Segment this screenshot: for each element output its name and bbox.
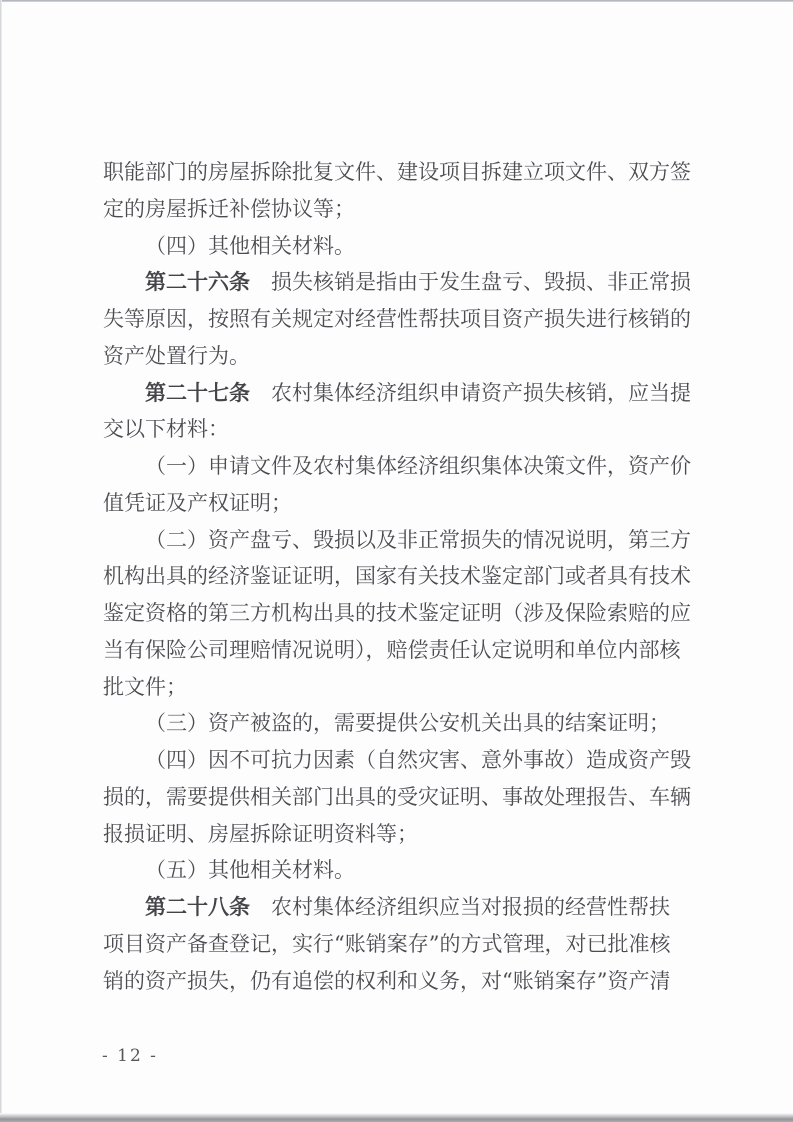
text-line-20: （五）其他相关材料。 <box>103 852 694 889</box>
scanned-document-page: 职能部门的房屋拆除批复文件、建设项目拆建立项文件、双方签定的房屋拆迁补偿协议等；… <box>0 0 793 1122</box>
text-segment: （四）因不可抗力因素（自然灾害、意外事故）造成资产毁 <box>145 748 691 772</box>
text-segment: （一）申请文件及农村集体经济组织集体决策文件，资产价 <box>145 454 691 478</box>
text-line-12: 机构出具的经济鉴证证明，国家有关技术鉴定部门或者具有技术 <box>103 558 694 595</box>
text-segment: 值凭证及产权证明； <box>103 491 292 515</box>
text-line-3: （四）其他相关材料。 <box>103 228 694 265</box>
page-number: - 12 - <box>102 1046 158 1066</box>
text-line-11: （二）资产盘亏、毁损以及非正常损失的情况说明，第三方 <box>103 522 694 559</box>
text-line-10: 值凭证及产权证明； <box>103 485 694 522</box>
text-segment: 批文件； <box>103 675 187 699</box>
text-line-18: 损的，需要提供相关部门出具的受灾证明、事故处理报告、车辆 <box>103 779 694 816</box>
text-line-14: 当有保险公司理赔情况说明），赔偿责任认定说明和单位内部核 <box>103 632 694 669</box>
text-line-1: 职能部门的房屋拆除批复文件、建设项目拆建立项文件、双方签 <box>103 154 694 191</box>
text-line-19: 报损证明、房屋拆除证明资料等； <box>103 816 694 853</box>
document-body-text: 职能部门的房屋拆除批复文件、建设项目拆建立项文件、双方签定的房屋拆迁补偿协议等；… <box>103 154 694 999</box>
article-heading: 第二十八条 <box>145 895 250 919</box>
text-segment: 销的资产损失，仍有追偿的权利和义务，对“账销案存”资产清 <box>103 969 670 993</box>
text-segment: 定的房屋拆迁补偿协议等； <box>103 197 355 221</box>
text-line-22: 项目资产备查登记，实行“账销案存”的方式管理，对已批准核 <box>103 926 694 963</box>
text-segment: 资产处置行为。 <box>103 344 250 368</box>
article-heading: 第二十六条 <box>145 270 250 294</box>
text-segment: 报损证明、房屋拆除证明资料等； <box>103 822 418 846</box>
text-segment: （三）资产被盗的，需要提供公安机关出具的结案证明； <box>145 711 670 735</box>
text-segment: （四）其他相关材料。 <box>145 234 355 258</box>
text-segment: 损失核销是指由于发生盘亏、毁损、非正常损 <box>250 270 691 294</box>
scan-edge-left <box>0 0 2 1122</box>
article-heading: 第二十七条 <box>145 381 250 405</box>
text-segment: 项目资产备查登记，实行“账销案存”的方式管理，对已批准核 <box>103 932 670 956</box>
text-line-6: 资产处置行为。 <box>103 338 694 375</box>
text-segment: 职能部门的房屋拆除批复文件、建设项目拆建立项文件、双方签 <box>103 160 691 184</box>
text-segment: （五）其他相关材料。 <box>145 858 355 882</box>
text-line-9: （一）申请文件及农村集体经济组织集体决策文件，资产价 <box>103 448 694 485</box>
text-segment: 农村集体经济组织申请资产损失核销，应当提 <box>250 381 691 405</box>
text-line-7: 第二十七条 农村集体经济组织申请资产损失核销，应当提 <box>103 375 694 412</box>
text-line-5: 失等原因，按照有关规定对经营性帮扶项目资产损失进行核销的 <box>103 301 694 338</box>
text-segment: 失等原因，按照有关规定对经营性帮扶项目资产损失进行核销的 <box>103 307 691 331</box>
text-segment: 鉴定资格的第三方机构出具的技术鉴定证明（涉及保险索赔的应 <box>103 601 691 625</box>
scan-edge-top <box>0 0 793 2</box>
text-line-13: 鉴定资格的第三方机构出具的技术鉴定证明（涉及保险索赔的应 <box>103 595 694 632</box>
text-line-23: 销的资产损失，仍有追偿的权利和义务，对“账销案存”资产清 <box>103 963 694 1000</box>
text-segment: 机构出具的经济鉴证证明，国家有关技术鉴定部门或者具有技术 <box>103 564 691 588</box>
text-segment: 损的，需要提供相关部门出具的受灾证明、事故处理报告、车辆 <box>103 785 691 809</box>
text-line-17: （四）因不可抗力因素（自然灾害、意外事故）造成资产毁 <box>103 742 694 779</box>
text-segment: 交以下材料： <box>103 417 229 441</box>
text-line-21: 第二十八条 农村集体经济组织应当对报损的经营性帮扶 <box>103 889 694 926</box>
text-line-4: 第二十六条 损失核销是指由于发生盘亏、毁损、非正常损 <box>103 264 694 301</box>
scan-edge-bottom <box>0 1113 793 1122</box>
text-segment: 当有保险公司理赔情况说明），赔偿责任认定说明和单位内部核 <box>103 638 681 662</box>
text-line-2: 定的房屋拆迁补偿协议等； <box>103 191 694 228</box>
text-line-15: 批文件； <box>103 669 694 706</box>
text-segment: 农村集体经济组织应当对报损的经营性帮扶 <box>250 895 670 919</box>
text-line-16: （三）资产被盗的，需要提供公安机关出具的结案证明； <box>103 705 694 742</box>
text-line-8: 交以下材料： <box>103 411 694 448</box>
text-segment: （二）资产盘亏、毁损以及非正常损失的情况说明，第三方 <box>145 528 691 552</box>
